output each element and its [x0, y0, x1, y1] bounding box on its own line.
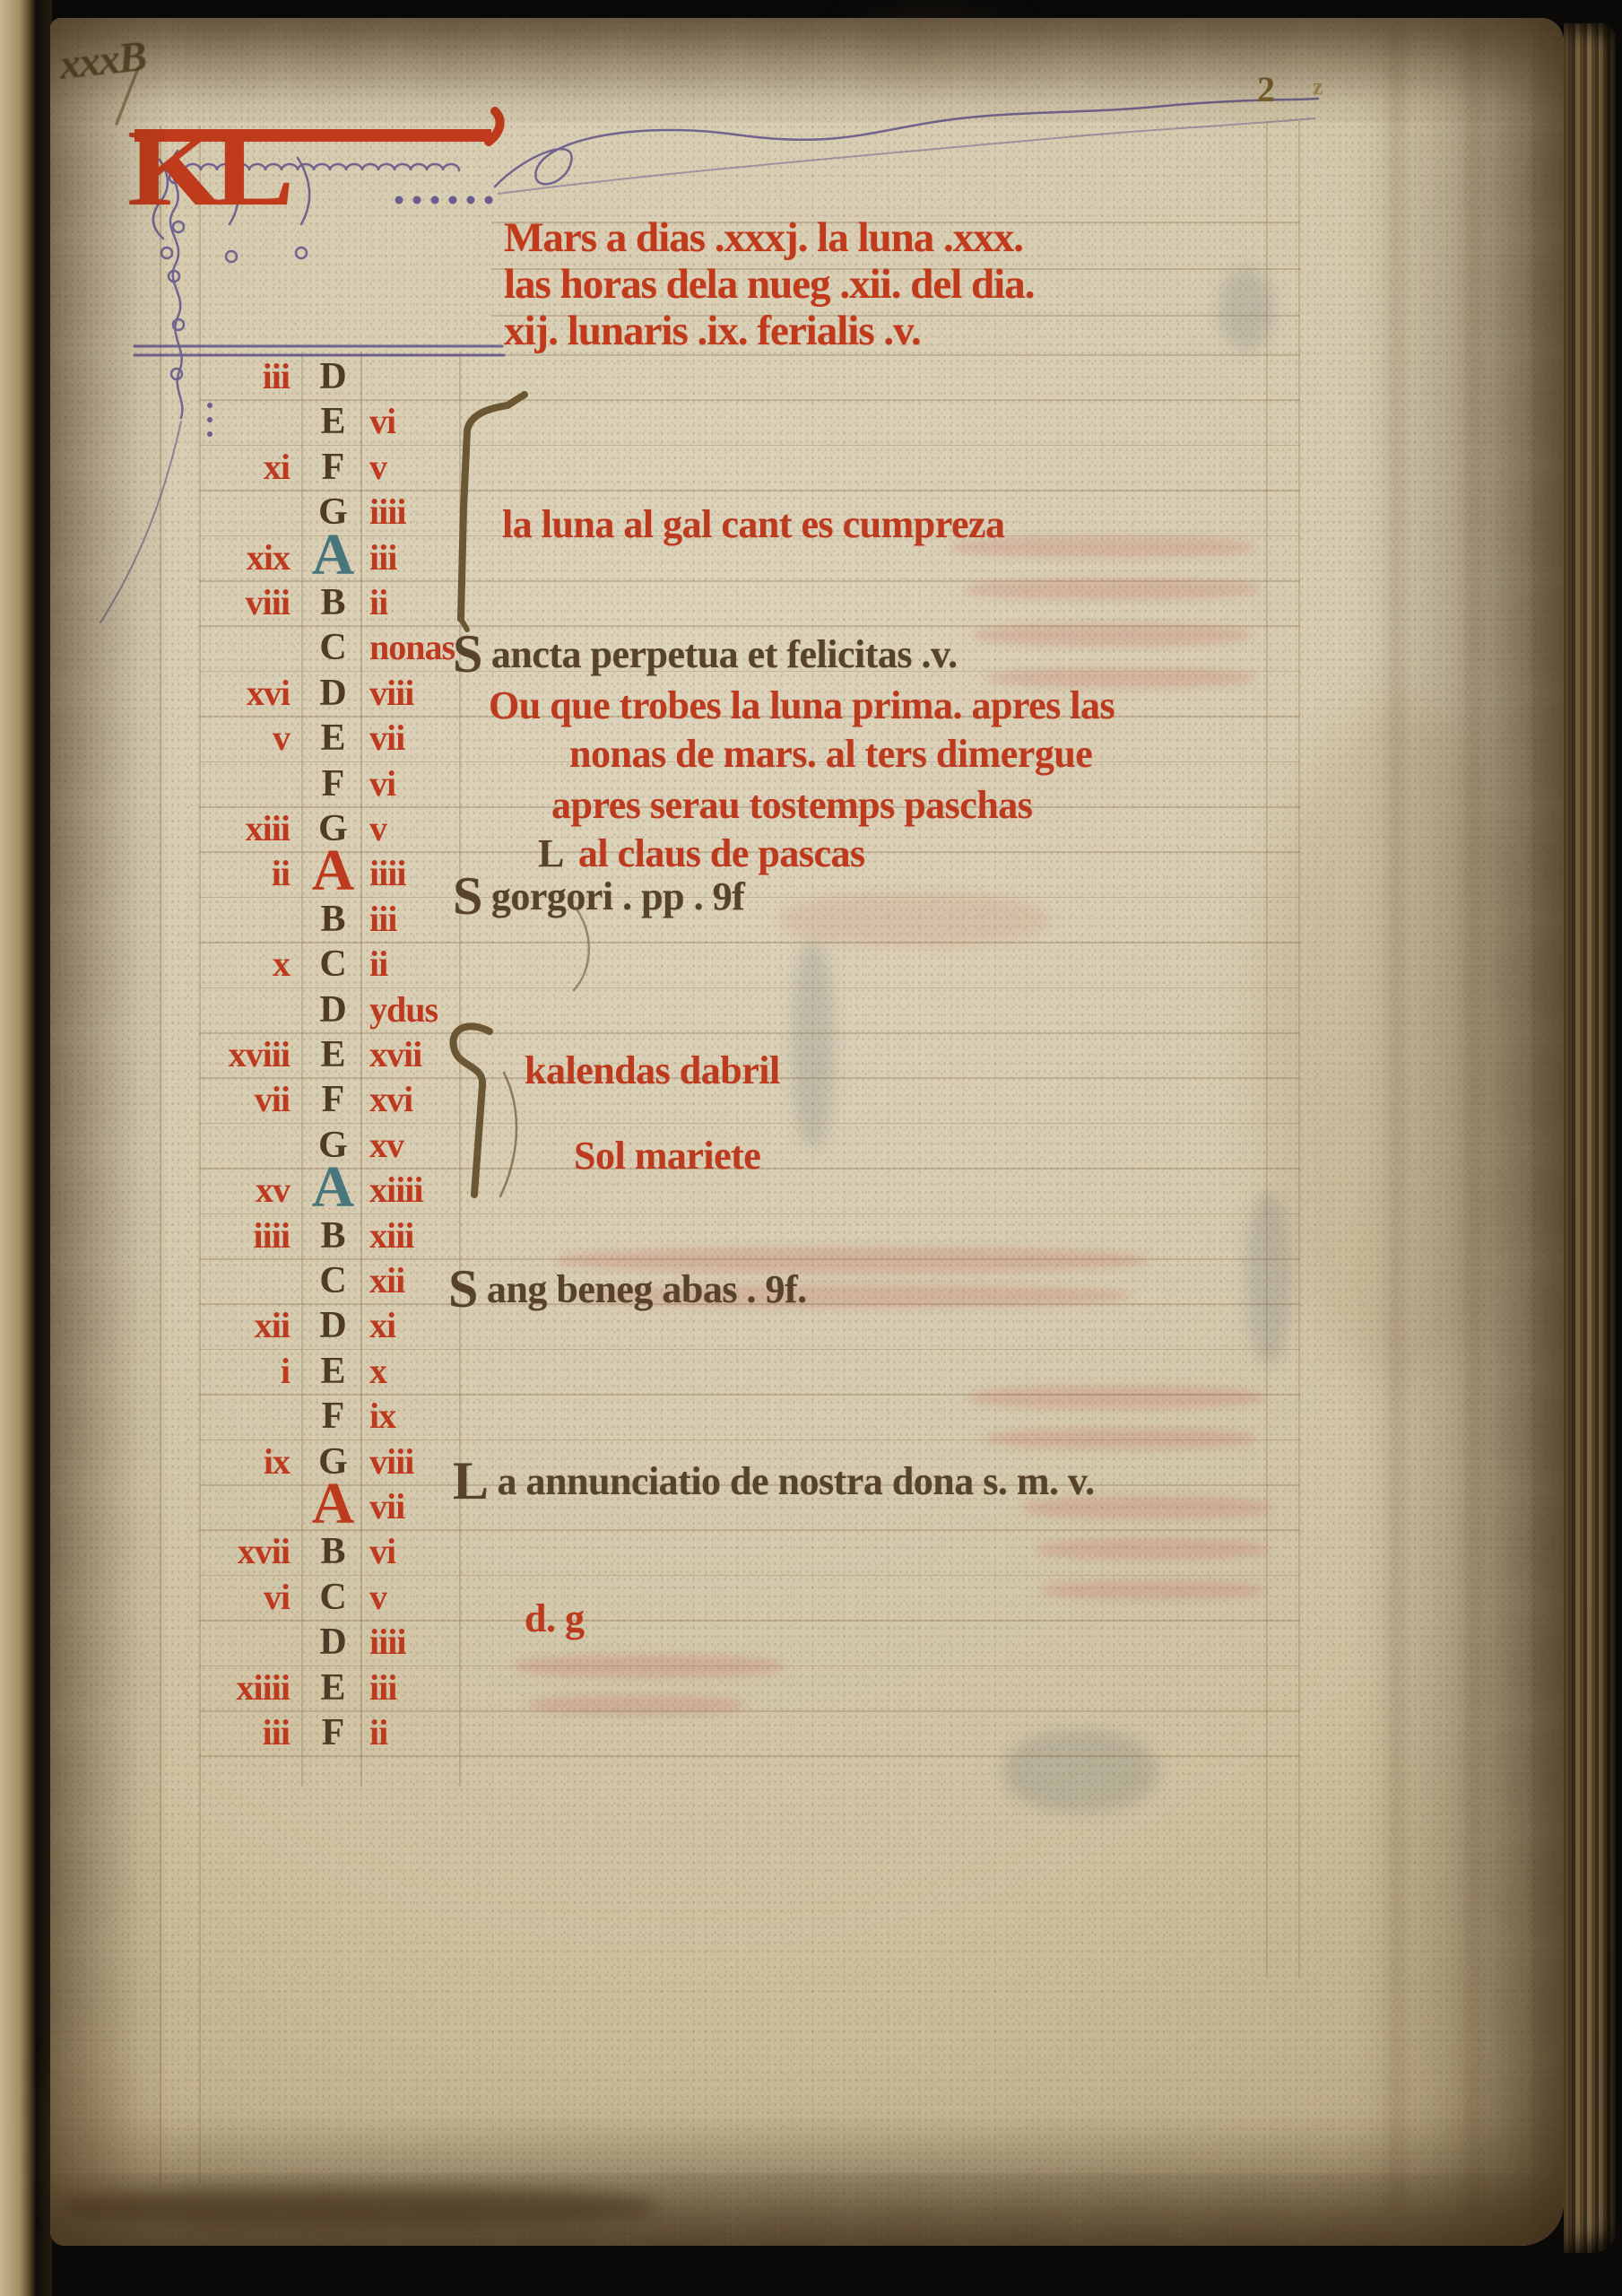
feast-initial: S: [448, 1269, 478, 1309]
feast-entry: apres serau tostemps paschas: [551, 782, 1032, 829]
dominical-letter: A: [303, 1484, 362, 1524]
calendar-row: Fix: [0, 1394, 1524, 1439]
feast-initial: S: [453, 634, 482, 674]
day-number: iiii: [369, 490, 522, 535]
feast-entry: la luna al gal cant es cumpreza: [502, 501, 1005, 548]
feast-text: Sol mariete: [574, 1134, 760, 1178]
header-line-3: xij. lunaris .ix. ferialis .v.: [504, 309, 921, 353]
dominical-letter: E: [303, 716, 362, 761]
golden-number: iii: [184, 1710, 290, 1755]
calendar-row: Biii: [0, 897, 1524, 942]
day-number: v: [369, 1575, 522, 1620]
golden-number: xvii: [184, 1529, 290, 1574]
calendar-row: viiiBii: [0, 580, 1524, 625]
feast-text: ang beneg abas . 9f.: [487, 1267, 807, 1311]
dominical-letter: E: [303, 1032, 362, 1077]
calendar-row: xiFv: [0, 445, 1524, 490]
feast-entry: Sgorgori . pp . 9f: [453, 874, 744, 920]
dominical-letter: F: [303, 1077, 362, 1122]
calendar-row: Diiii: [0, 1620, 1524, 1665]
dominical-letter: F: [303, 1394, 362, 1439]
feast-text: nonas de mars. al ters dimergue: [569, 732, 1092, 776]
day-number: iiii: [369, 1620, 522, 1665]
dominical-letter: F: [303, 761, 362, 806]
day-number: vi: [369, 761, 522, 806]
feast-entry: kalendas dabril: [525, 1048, 780, 1094]
day-number: ix: [369, 1394, 522, 1439]
calendar-row: iEx: [0, 1349, 1524, 1394]
golden-number: xv: [184, 1168, 290, 1213]
calendar-row: viCv: [0, 1575, 1524, 1620]
calendar-row: Evi: [0, 399, 1524, 444]
golden-number: ix: [184, 1439, 290, 1484]
calendar-row: xiiiiEiii: [0, 1665, 1524, 1710]
folio-mark: z: [1313, 74, 1323, 100]
calendar-row: iiiiBxiii: [0, 1213, 1524, 1258]
dominical-letter: B: [303, 897, 362, 942]
dominical-letter: D: [303, 671, 362, 716]
day-number: ii: [369, 580, 522, 625]
calendar-row: Dydus: [0, 987, 1524, 1032]
dominical-letter: E: [303, 1349, 362, 1394]
golden-number: xii: [184, 1303, 290, 1348]
manuscript-photo: xxxB 2 z KL Mars a dias .xxxj. la luna .…: [0, 0, 1622, 2296]
feast-entry: Ou que trobes la luna prima. apres las: [489, 683, 1115, 729]
dominical-letter: B: [303, 1213, 362, 1258]
golden-number: xi: [184, 445, 290, 490]
calendar-row: xCii: [0, 942, 1524, 987]
dominical-letter: D: [303, 1620, 362, 1665]
golden-number: v: [184, 716, 290, 761]
golden-number: iii: [184, 354, 290, 399]
golden-number: xix: [184, 535, 290, 580]
header-line-2: las horas dela nueg .xii. del dia.: [504, 262, 1034, 307]
feast-entry: nonas de mars. al ters dimergue: [569, 731, 1092, 778]
day-number: ydus: [369, 987, 522, 1032]
dominical-letter: C: [303, 1575, 362, 1620]
feast-text: al claus de pascas: [578, 831, 865, 875]
day-number: xv: [369, 1123, 522, 1168]
dominical-letter: A: [303, 535, 362, 575]
feast-text: kalendas dabril: [525, 1048, 780, 1092]
day-number: xiiii: [369, 1168, 522, 1213]
kl-initial: KL: [127, 120, 284, 217]
golden-number: xiiii: [184, 1665, 290, 1710]
day-number: ii: [369, 942, 522, 987]
golden-number: viii: [184, 580, 290, 625]
book-fore-edge: [1564, 23, 1616, 2253]
dominical-letter: D: [303, 987, 362, 1032]
feast-text: d. g: [525, 1596, 584, 1640]
golden-number: ii: [184, 851, 290, 896]
feast-entry: Sol mariete: [574, 1133, 760, 1179]
feast-lead: L: [538, 831, 564, 875]
header-line-1: Mars a dias .xxxj. la luna .xxx.: [504, 215, 1023, 260]
day-number: xiii: [369, 1213, 522, 1258]
dominical-letter: D: [303, 354, 362, 399]
golden-number: xiii: [184, 806, 290, 851]
day-number: ii: [369, 1710, 522, 1755]
day-number: vi: [369, 399, 522, 444]
calendar-row: Gxv: [0, 1123, 1524, 1168]
dominical-letter: A: [303, 1168, 362, 1207]
golden-number: iiii: [184, 1213, 290, 1258]
day-number: v: [369, 806, 522, 851]
golden-number: vi: [184, 1575, 290, 1620]
feast-entry: La annunciatio de nostra dona s. m. v.: [453, 1458, 1095, 1505]
feast-text: a annunciatio de nostra dona s. m. v.: [498, 1459, 1095, 1503]
dominical-letter: C: [303, 942, 362, 987]
dominical-letter: E: [303, 1665, 362, 1710]
day-number: iii: [369, 535, 522, 580]
day-number: v: [369, 445, 522, 490]
feast-entry: d. g: [525, 1596, 584, 1642]
day-number: x: [369, 1349, 522, 1394]
dominical-letter: D: [303, 1303, 362, 1348]
feast-text: ancta perpetua et felicitas .v.: [491, 632, 958, 676]
dominical-letter: E: [303, 399, 362, 444]
day-number: iii: [369, 1665, 522, 1710]
dominical-letter: F: [303, 1710, 362, 1755]
calendar-row: xvAxiiii: [0, 1168, 1524, 1213]
feast-text: apres serau tostemps paschas: [551, 783, 1032, 827]
calendar-row: iiiD: [0, 354, 1524, 399]
golden-number: xvi: [184, 671, 290, 716]
corner-inscription: xxxB: [56, 31, 147, 90]
golden-number: x: [184, 942, 290, 987]
day-number: xvii: [369, 1032, 522, 1077]
feast-text: gorgori . pp . 9f: [491, 874, 744, 918]
feast-entry: Sang beneg abas . 9f.: [448, 1266, 807, 1313]
dominical-letter: F: [303, 445, 362, 490]
feast-text: Ou que trobes la luna prima. apres las: [489, 683, 1115, 727]
dominical-letter: A: [303, 851, 362, 891]
calendar-row: iiiFii: [0, 1710, 1524, 1755]
dominical-letter: C: [303, 625, 362, 670]
day-number: xvi: [369, 1077, 522, 1122]
golden-number: xviii: [184, 1032, 290, 1077]
feast-initial: L: [453, 1461, 489, 1500]
dominical-letter: C: [303, 1258, 362, 1303]
feast-initial: S: [453, 876, 482, 916]
calendar-row: xviiBvi: [0, 1529, 1524, 1574]
folio-number: 2: [1257, 68, 1275, 110]
day-number: vi: [369, 1529, 522, 1574]
feast-entry: Sancta perpetua et felicitas .v.: [453, 631, 958, 678]
feast-text: la luna al gal cant es cumpreza: [502, 502, 1005, 546]
golden-number: vii: [184, 1077, 290, 1122]
golden-number: i: [184, 1349, 290, 1394]
feast-entry: Lal claus de pascas: [538, 831, 865, 877]
